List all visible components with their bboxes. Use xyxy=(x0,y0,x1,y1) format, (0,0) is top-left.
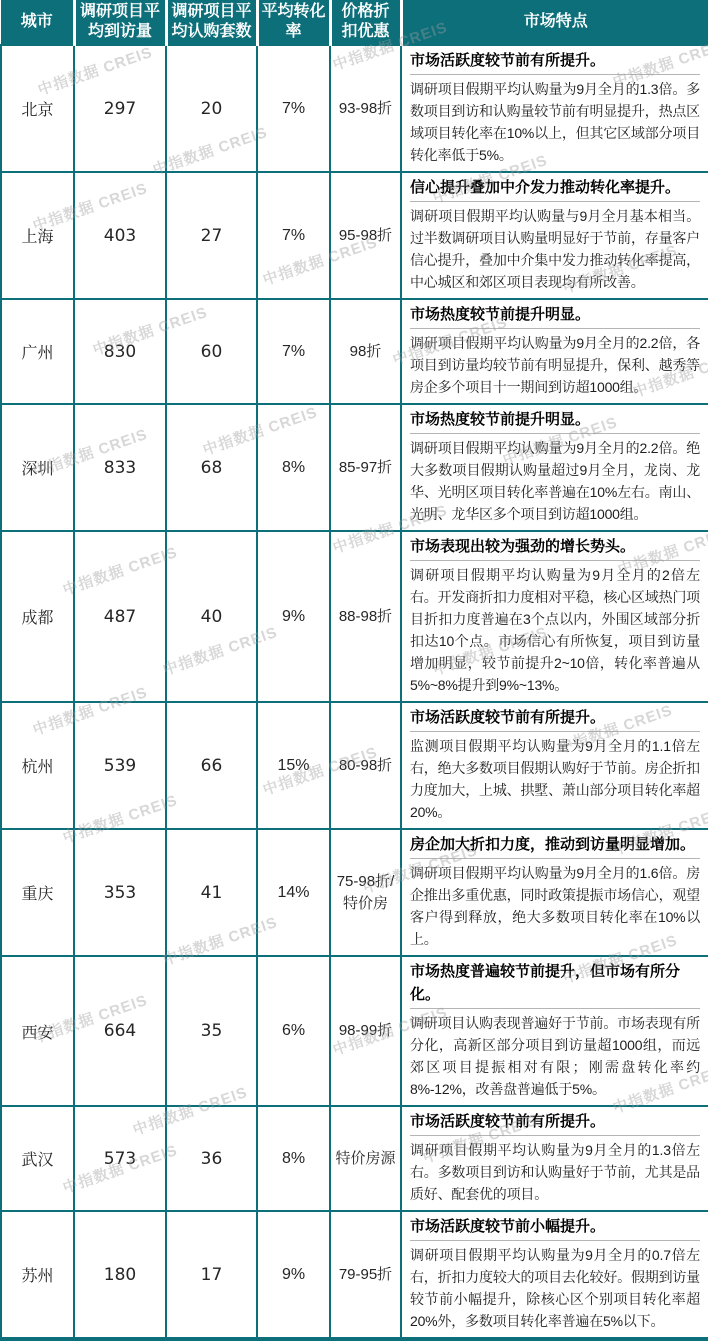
feature-title: 市场热度普遍较节前提升，但市场有所分化。 xyxy=(410,960,700,1009)
feature-cell: 市场表现出较为强劲的增长势头。 调研项目假期平均认购量为9月全月的2倍左右。开发… xyxy=(401,531,708,702)
conversion-cell: 14% xyxy=(257,829,330,956)
feature-body: 调研项目假期平均认购量为9月全月的2.2倍。绝大多数项目假期认购量超过9月全月，… xyxy=(410,437,700,525)
discount-cell: 98折 xyxy=(330,299,401,404)
conversion-cell: 15% xyxy=(257,702,330,829)
feature-title: 市场表现出较为强劲的增长势头。 xyxy=(410,535,700,561)
discount-cell: 79-95折 xyxy=(330,1211,401,1339)
table-row-guangzhou: 广州 830 60 7% 98折 市场热度较节前提升明显。 调研项目假期平均认购… xyxy=(1,299,708,404)
visits-cell: 573 xyxy=(74,1106,166,1211)
units-cell: 20 xyxy=(166,45,257,172)
conversion-cell: 7% xyxy=(257,299,330,404)
conversion-cell: 8% xyxy=(257,1106,330,1211)
feature-title: 市场活跃度较节前有所提升。 xyxy=(410,706,700,732)
col-header-visits: 调研项目平均到访量 xyxy=(74,0,166,45)
units-cell: 17 xyxy=(166,1211,257,1339)
feature-body: 调研项目假期平均认购量与9月全月基本相当。过半数调研项目认购量明显好于节前，存量… xyxy=(410,205,700,293)
feature-cell: 市场活跃度较节前有所提升。 监测项目假期平均认购量为9月全月的1.1倍左右，绝大… xyxy=(401,702,708,829)
feature-cell: 市场热度较节前提升明显。 调研项目假期平均认购量为9月全月的2.2倍，各项目到访… xyxy=(401,299,708,404)
feature-cell: 信心提升叠加中介发力推动转化率提升。 调研项目假期平均认购量与9月全月基本相当。… xyxy=(401,172,708,299)
table-row-shenzhen: 深圳 833 68 8% 85-97折 市场热度较节前提升明显。 调研项目假期平… xyxy=(1,404,708,531)
table-row-chongqing: 重庆 353 41 14% 75-98折/特价房 房企加大折扣力度，推动到访量明… xyxy=(1,829,708,956)
units-cell: 40 xyxy=(166,531,257,702)
table-row-suzhou: 苏州 180 17 9% 79-95折 市场活跃度较节前小幅提升。 调研项目假期… xyxy=(1,1211,708,1339)
feature-title: 市场活跃度较节前有所提升。 xyxy=(410,1110,700,1136)
city-market-table: 城市 调研项目平均到访量 调研项目平均认购套数 平均转化率 价格折扣优惠 市场特… xyxy=(0,0,708,1341)
feature-body: 调研项目假期平均认购量为9月全月的0.7倍左右，折扣力度较大的项目去化较好。假期… xyxy=(410,1244,700,1332)
col-header-discount: 价格折扣优惠 xyxy=(330,0,401,45)
city-cell: 西安 xyxy=(1,956,74,1106)
discount-cell: 88-98折 xyxy=(330,531,401,702)
conversion-cell: 9% xyxy=(257,1211,330,1339)
conversion-cell: 6% xyxy=(257,956,330,1106)
col-header-features: 市场特点 xyxy=(401,0,708,45)
city-cell: 广州 xyxy=(1,299,74,404)
feature-cell: 市场活跃度较节前有所提升。 调研项目假期平均认购量为9月全月的1.3倍左右。多数… xyxy=(401,1106,708,1211)
visits-cell: 664 xyxy=(74,956,166,1106)
feature-cell: 房企加大折扣力度，推动到访量明显增加。 调研项目假期平均认购量为9月全月的1.6… xyxy=(401,829,708,956)
city-cell: 杭州 xyxy=(1,702,74,829)
table-row-xian: 西安 664 35 6% 98-99折 市场热度普遍较节前提升，但市场有所分化。… xyxy=(1,956,708,1106)
units-cell: 27 xyxy=(166,172,257,299)
visits-cell: 487 xyxy=(74,531,166,702)
feature-title: 房企加大折扣力度，推动到访量明显增加。 xyxy=(410,833,700,859)
table-row-chengdu: 成都 487 40 9% 88-98折 市场表现出较为强劲的增长势头。 调研项目… xyxy=(1,531,708,702)
units-cell: 66 xyxy=(166,702,257,829)
feature-title: 市场热度较节前提升明显。 xyxy=(410,408,700,434)
feature-body: 调研项目假期平均认购量为9月全月的1.3倍左右。多数项目到访和认购量好于节前，尤… xyxy=(410,1139,700,1205)
col-header-city: 城市 xyxy=(1,0,74,45)
city-cell: 成都 xyxy=(1,531,74,702)
feature-body: 调研项目假期平均认购量为9月全月的2.2倍，各项目到访量均较节前有明显提升，保利… xyxy=(410,332,700,398)
city-cell: 上海 xyxy=(1,172,74,299)
feature-title: 市场活跃度较节前有所提升。 xyxy=(410,49,700,75)
units-cell: 68 xyxy=(166,404,257,531)
city-cell: 深圳 xyxy=(1,404,74,531)
visits-cell: 833 xyxy=(74,404,166,531)
feature-body: 调研项目认购表现普遍好于节前。市场表现有所分化，高新区部分项目到访量超1000组… xyxy=(410,1012,700,1100)
city-cell: 北京 xyxy=(1,45,74,172)
discount-cell: 95-98折 xyxy=(330,172,401,299)
table-row-shanghai: 上海 403 27 7% 95-98折 信心提升叠加中介发力推动转化率提升。 调… xyxy=(1,172,708,299)
table-body: 北京 297 20 7% 93-98折 市场活跃度较节前有所提升。 调研项目假期… xyxy=(1,45,708,1339)
discount-cell: 75-98折/特价房 xyxy=(330,829,401,956)
conversion-cell: 9% xyxy=(257,531,330,702)
feature-cell: 市场热度较节前提升明显。 调研项目假期平均认购量为9月全月的2.2倍。绝大多数项… xyxy=(401,404,708,531)
feature-title: 信心提升叠加中介发力推动转化率提升。 xyxy=(410,176,700,202)
feature-cell: 市场热度普遍较节前提升，但市场有所分化。 调研项目认购表现普遍好于节前。市场表现… xyxy=(401,956,708,1106)
table-header: 城市 调研项目平均到访量 调研项目平均认购套数 平均转化率 价格折扣优惠 市场特… xyxy=(1,0,708,45)
feature-title: 市场热度较节前提升明显。 xyxy=(410,303,700,329)
units-cell: 41 xyxy=(166,829,257,956)
header-row: 城市 调研项目平均到访量 调研项目平均认购套数 平均转化率 价格折扣优惠 市场特… xyxy=(1,0,708,45)
feature-body: 调研项目假期平均认购量为9月全月的1.6倍。房企推出多重优惠，同时政策提振市场信… xyxy=(410,862,700,950)
conversion-cell: 7% xyxy=(257,45,330,172)
discount-cell: 特价房源 xyxy=(330,1106,401,1211)
discount-cell: 80-98折 xyxy=(330,702,401,829)
col-header-units: 调研项目平均认购套数 xyxy=(166,0,257,45)
discount-cell: 98-99折 xyxy=(330,956,401,1106)
feature-title: 市场活跃度较节前小幅提升。 xyxy=(410,1215,700,1241)
conversion-cell: 7% xyxy=(257,172,330,299)
city-cell: 苏州 xyxy=(1,1211,74,1339)
feature-body: 调研项目假期平均认购量为9月全月的1.3倍。多数项目到访和认购量较节前有明显提升… xyxy=(410,78,700,166)
visits-cell: 353 xyxy=(74,829,166,956)
units-cell: 60 xyxy=(166,299,257,404)
discount-cell: 85-97折 xyxy=(330,404,401,531)
visits-cell: 830 xyxy=(74,299,166,404)
feature-cell: 市场活跃度较节前小幅提升。 调研项目假期平均认购量为9月全月的0.7倍左右，折扣… xyxy=(401,1211,708,1339)
city-cell: 重庆 xyxy=(1,829,74,956)
visits-cell: 539 xyxy=(74,702,166,829)
visits-cell: 403 xyxy=(74,172,166,299)
table-row-hangzhou: 杭州 539 66 15% 80-98折 市场活跃度较节前有所提升。 监测项目假… xyxy=(1,702,708,829)
discount-cell: 93-98折 xyxy=(330,45,401,172)
table-row-beijing: 北京 297 20 7% 93-98折 市场活跃度较节前有所提升。 调研项目假期… xyxy=(1,45,708,172)
report-table-page: 城市 调研项目平均到访量 调研项目平均认购套数 平均转化率 价格折扣优惠 市场特… xyxy=(0,0,708,1341)
feature-body: 调研项目假期平均认购量为9月全月的2倍左右。开发商折扣力度相对平稳，核心区域热门… xyxy=(410,564,700,696)
table-row-wuhan: 武汉 573 36 8% 特价房源 市场活跃度较节前有所提升。 调研项目假期平均… xyxy=(1,1106,708,1211)
visits-cell: 297 xyxy=(74,45,166,172)
conversion-cell: 8% xyxy=(257,404,330,531)
units-cell: 35 xyxy=(166,956,257,1106)
feature-body: 监测项目假期平均认购量为9月全月的1.1倍左右，绝大多数项目假期认购好于节前。房… xyxy=(410,735,700,823)
feature-cell: 市场活跃度较节前有所提升。 调研项目假期平均认购量为9月全月的1.3倍。多数项目… xyxy=(401,45,708,172)
col-header-conversion: 平均转化率 xyxy=(257,0,330,45)
city-cell: 武汉 xyxy=(1,1106,74,1211)
visits-cell: 180 xyxy=(74,1211,166,1339)
units-cell: 36 xyxy=(166,1106,257,1211)
